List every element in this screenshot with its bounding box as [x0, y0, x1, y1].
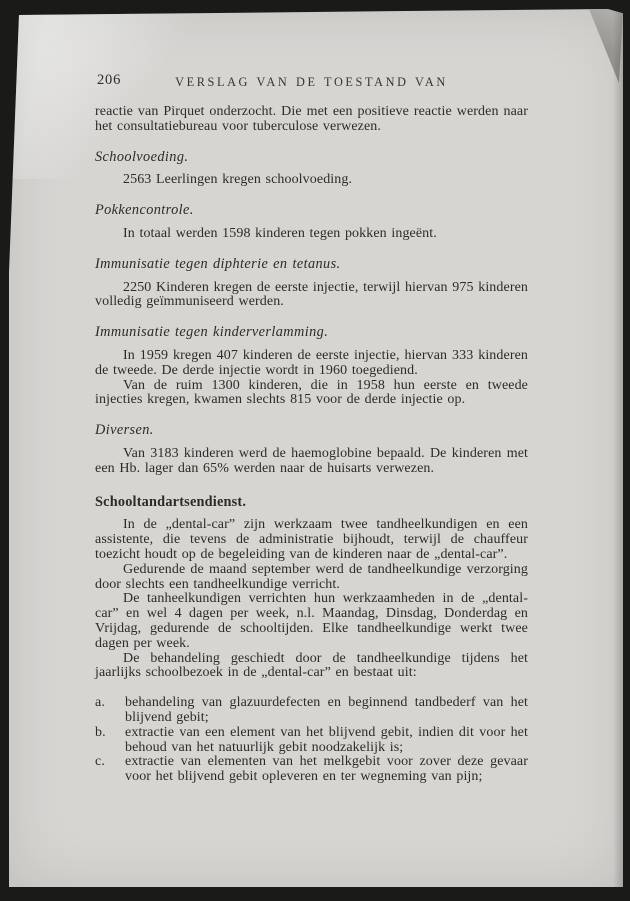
- list-item-text: extractie van elementen van het melkgebi…: [125, 755, 528, 785]
- paragraph: 2250 Kinderen kregen de eerste injectie,…: [95, 281, 528, 311]
- section-heading-schooltandartsendienst: Schooltandartsendienst.: [95, 495, 528, 510]
- paragraph: De behandeling geschiedt door de tandhee…: [95, 652, 528, 682]
- list-item-marker: b.: [95, 726, 125, 756]
- section-heading-immunisatie-diphterie: Immunisatie tegen diphterie en tetanus.: [95, 257, 528, 272]
- paragraph: 2563 Leerlingen kregen schoolvoeding.: [95, 173, 528, 188]
- list-item-marker: c.: [95, 755, 125, 785]
- paragraph: In de „dental-car” zijn werkzaam twee ta…: [95, 518, 528, 562]
- treatment-list: a. behandeling van glazuurdefecten en be…: [95, 696, 528, 785]
- section-heading-pokkencontrole: Pokkencontrole.: [95, 203, 528, 218]
- paragraph: Van 3183 kinderen werd de haemoglobine b…: [95, 447, 528, 477]
- paragraph: Van de ruim 1300 kinderen, die in 1958 h…: [95, 379, 528, 409]
- paragraph: Gedurende de maand september werd de tan…: [95, 563, 528, 593]
- list-item: b. extractie van een element van het bli…: [95, 726, 528, 756]
- list-item: c. extractie van elementen van het melkg…: [95, 755, 528, 785]
- page-content: 206 VERSLAG VAN DE TOESTAND VAN reactie …: [9, 9, 623, 887]
- scanner-background: 206 VERSLAG VAN DE TOESTAND VAN reactie …: [0, 0, 630, 901]
- paragraph: In totaal werden 1598 kinderen tegen pok…: [95, 227, 528, 242]
- scanned-page: 206 VERSLAG VAN DE TOESTAND VAN reactie …: [9, 9, 623, 887]
- intro-paragraph: reactie van Pirquet onderzocht. Die met …: [95, 105, 528, 135]
- paragraph: De tanheelkundigen verrichten hun werkza…: [95, 592, 528, 651]
- list-item: a. behandeling van glazuurdefecten en be…: [95, 696, 528, 726]
- section-heading-immunisatie-kinderverlamming: Immunisatie tegen kinderverlamming.: [95, 325, 528, 340]
- running-header: VERSLAG VAN DE TOESTAND VAN: [95, 75, 528, 90]
- paragraph: In 1959 kregen 407 kinderen de eerste in…: [95, 349, 528, 379]
- list-item-text: behandeling van glazuurdefecten en begin…: [125, 696, 528, 726]
- section-heading-schoolvoeding: Schoolvoeding.: [95, 150, 528, 165]
- section-heading-diversen: Diversen.: [95, 423, 528, 438]
- list-item-marker: a.: [95, 696, 125, 726]
- page-header: 206 VERSLAG VAN DE TOESTAND VAN: [95, 73, 528, 89]
- list-item-text: extractie van een element van het blijve…: [125, 726, 528, 756]
